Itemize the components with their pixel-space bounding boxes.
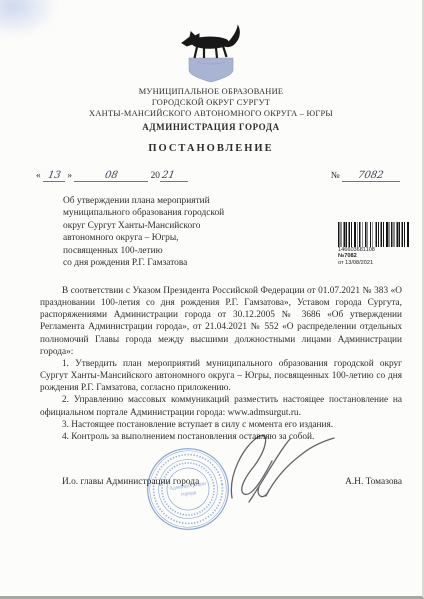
month-underline: 08 bbox=[74, 170, 148, 182]
quote-open: « bbox=[36, 171, 41, 181]
org-line-3: ХАНТЫ-МАНСИЙСКОГО АВТОНОМНОГО ОКРУГА – Ю… bbox=[0, 108, 422, 119]
number-underline: 7082 bbox=[342, 170, 400, 182]
document-type-title: ПОСТАНОВЛЕНИЕ bbox=[0, 143, 422, 154]
body-intro-paragraph: В соответствии с Указом Президента Росси… bbox=[40, 285, 402, 358]
fox-shield-icon bbox=[171, 24, 251, 84]
number-field: № 7082 bbox=[331, 170, 400, 182]
signature-scribble-icon bbox=[216, 430, 338, 510]
day-underline: 13 bbox=[43, 170, 65, 182]
document-page: МУНИЦИПАЛЬНОЕ ОБРАЗОВАНИЕ ГОРОДСКОЙ ОКРУ… bbox=[0, 0, 424, 599]
handwritten-month: 08 bbox=[104, 170, 119, 181]
stamp-doc-date: от 13/08/2021 bbox=[338, 260, 414, 266]
document-body: В соответствии с Указом Президента Росси… bbox=[40, 285, 402, 443]
handwritten-year: 21 bbox=[161, 170, 176, 181]
document-subject: Об утверждении плана мероприятий муницип… bbox=[63, 195, 278, 269]
handwritten-number: 7082 bbox=[357, 170, 384, 181]
org-line-2: ГОРОДСКОЙ ОКРУГ СУРГУТ bbox=[0, 97, 422, 108]
subject-line: со дня рождения Р.Г. Гамзатова bbox=[63, 257, 278, 269]
org-line-1: МУНИЦИПАЛЬНОЕ ОБРАЗОВАНИЕ bbox=[0, 86, 422, 97]
number-label: № bbox=[331, 171, 340, 181]
organization-name: МУНИЦИПАЛЬНОЕ ОБРАЗОВАНИЕ ГОРОДСКОЙ ОКРУ… bbox=[0, 86, 422, 119]
date-number-row: « 13 » 08 2021 № 7082 bbox=[36, 170, 402, 186]
scan-artifact-smudge bbox=[0, 0, 62, 40]
subject-line: автономного округа – Югры, bbox=[63, 232, 278, 244]
year-underline: 21 bbox=[160, 170, 188, 182]
seal-center-text-2: города bbox=[181, 490, 197, 498]
date-field: « 13 » 08 2021 bbox=[36, 170, 188, 182]
registration-stamp: 146603681108 №7082 от 13/08/2021 bbox=[338, 222, 414, 266]
body-item-2: 2. Управлению массовых коммуникаций разм… bbox=[40, 394, 402, 418]
barcode bbox=[338, 222, 410, 247]
handwritten-signature bbox=[216, 430, 338, 515]
subject-line: посвященных 100-летию bbox=[63, 245, 278, 257]
subject-line: Об утверждении плана мероприятий bbox=[63, 195, 278, 207]
subject-line: округ Сургут Ханты-Мансийского bbox=[63, 220, 278, 232]
quote-close: » bbox=[67, 171, 72, 181]
signatory-name: А.Н. Томазова bbox=[345, 477, 402, 487]
body-item-1: 1. Утвердить план мероприятий муниципаль… bbox=[40, 358, 402, 394]
handwritten-day: 13 bbox=[47, 170, 62, 181]
surgut-coat-of-arms bbox=[171, 24, 251, 89]
year-prefix: 20 bbox=[151, 171, 160, 181]
subject-line: муниципального образования городской bbox=[63, 207, 278, 219]
department-title: АДМИНИСТРАЦИЯ ГОРОДА bbox=[0, 122, 422, 132]
